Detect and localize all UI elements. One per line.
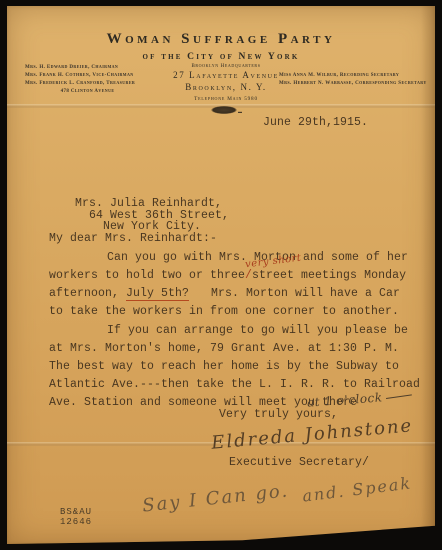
body-line: If you can arrange to go will you please…: [107, 324, 408, 337]
underlined-date: July 5th?: [126, 287, 189, 301]
signature: Eldreda Johnstone: [210, 415, 414, 454]
pencil-note-left: Say I Can go.: [141, 480, 290, 516]
salutation: My dear Mrs. Reinhardt:-: [49, 232, 217, 245]
body-line: Atlantic Ave.---then take the L. I. R. R…: [49, 378, 420, 391]
signature-title: Executive Secretary/: [229, 456, 369, 469]
body-text: afternoon,: [49, 287, 126, 300]
hq-label: Brooklyn Headquarters: [131, 63, 321, 69]
closing: Very truly yours,: [219, 408, 338, 421]
hq-telephone: Telephone Main 5980: [131, 96, 321, 102]
letter-date: June 29th,1915.: [263, 116, 368, 129]
org-subtitle: of the City of New York: [7, 52, 435, 62]
handwritten-time-note: at 1 o'clock: [307, 388, 412, 409]
org-name: Woman Suffrage Party: [7, 31, 435, 48]
officer-recording-secretary: Miss Anna M. Wilbur, Recording Secretary: [279, 72, 429, 80]
body-line: at Mrs. Morton's home, 79 Grant Ave. at …: [49, 342, 399, 355]
archive-stamp: BS&AU 12646: [60, 507, 92, 527]
union-label-tail: ▬: [238, 109, 242, 114]
officers-right: Miss Anna M. Wilbur, Recording Secretary…: [279, 72, 429, 88]
body-text: workers to hold two or three: [49, 269, 245, 282]
pen-flourish: [386, 394, 412, 399]
body-line: workers to hold two or three/street meet…: [49, 269, 406, 282]
officer-corresponding-secretary: Mrs. Herbert N. Warbasse, Corresponding …: [279, 80, 429, 88]
body-text: street meetings Monday: [252, 269, 406, 282]
stamp-line2: 12646: [60, 517, 92, 527]
photo-background: Woman Suffrage Party of the City of New …: [0, 0, 442, 550]
body-line: The best way to reach her home is by the…: [49, 360, 399, 373]
body-line: afternoon, July 5th?Mrs. Morton will hav…: [49, 287, 400, 300]
pencil-note-right: and. Speak: [301, 473, 413, 505]
union-printing-label-icon: [211, 106, 237, 114]
body-text: Mrs. Morton will have a Car: [211, 287, 400, 300]
letter-paper: Woman Suffrage Party of the City of New …: [7, 6, 435, 544]
body-line: to take the workers in from one corner t…: [49, 305, 399, 318]
time-note-text: at 1 o'clock: [307, 390, 383, 409]
insert-caret: /: [245, 269, 252, 282]
stamp-line1: BS&AU: [60, 507, 92, 517]
